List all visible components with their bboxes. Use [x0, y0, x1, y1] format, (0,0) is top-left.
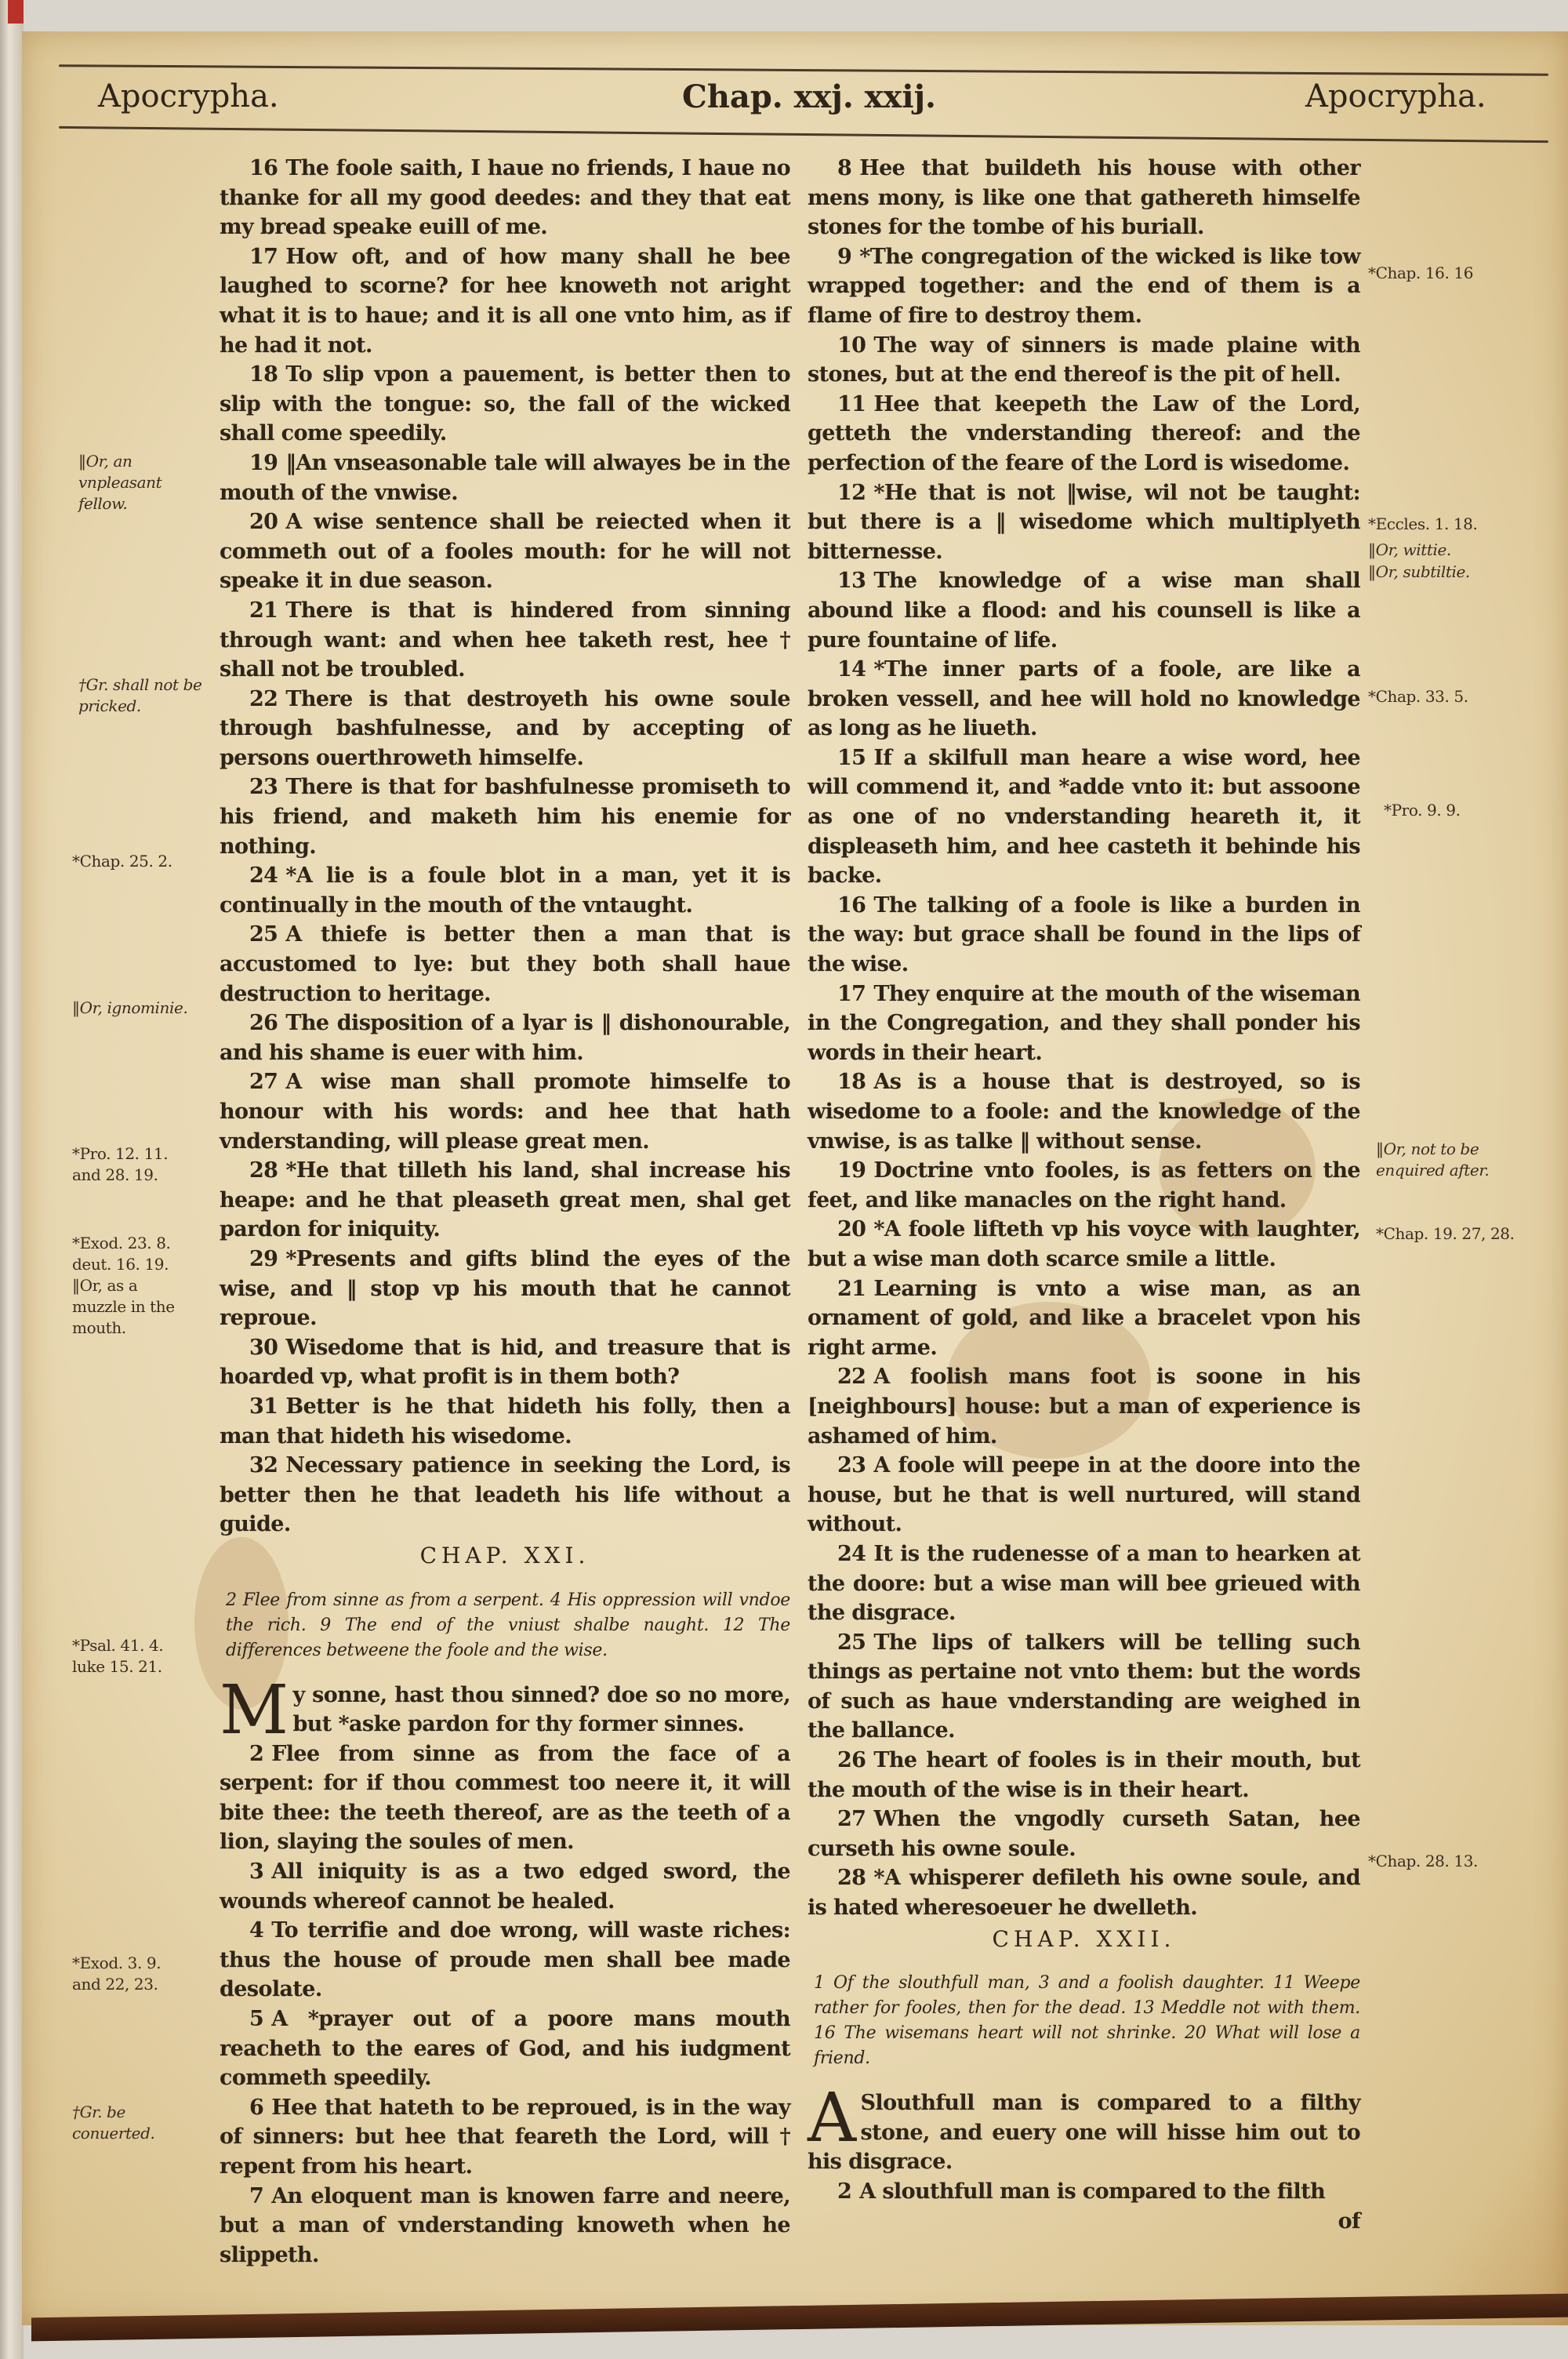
verse: 28*A whisperer defileth his owne soule, … [808, 1863, 1360, 1922]
verse: 18To slip vpon a pauement, is better the… [220, 360, 790, 449]
verse: ASlouthfull man is compared to a filthy … [808, 2088, 1360, 2177]
verse: 21There is that is hindered from sinning… [220, 596, 790, 685]
verse: 17They enquire at the mouth of the wisem… [808, 980, 1360, 1068]
catchword: of [808, 2207, 1360, 2237]
margin-note: ‖Or, subtiltie. [1368, 562, 1548, 583]
verse: 5A *prayer out of a poore mans mouth rea… [220, 2005, 790, 2093]
margin-note: ‖Or, ignominie. [72, 998, 213, 1019]
verse: 22There is that destroyeth his owne soul… [220, 685, 790, 773]
margin-note: †Gr. shall not be pricked. [78, 674, 212, 717]
verse: 16The talking of a foole is like a burde… [808, 891, 1360, 980]
verse: 17How oft, and of how many shall he bee … [220, 242, 790, 360]
verse: 29*Presents and gifts blind the eyes of … [220, 1245, 790, 1333]
verse: 12*He that is not ‖wise, wil not be taug… [808, 478, 1360, 567]
verse: 30Wisedome that is hid, and treasure tha… [220, 1333, 790, 1392]
margin-note: *Psal. 41. 4. luke 15. 21. [72, 1635, 190, 1677]
verse: 20*A foole lifteth vp his voyce with lau… [808, 1215, 1360, 1274]
verse: 32Necessary patience in seeking the Lord… [220, 1451, 790, 1539]
verse: 23There is that for bashfulnesse promise… [220, 772, 790, 861]
margin-note: ‖Or, not to be enquired after. [1376, 1139, 1533, 1181]
margin-note: *Chap. 16. 16 [1368, 263, 1548, 284]
book-binding-edge [0, 0, 24, 2359]
verse: 25A thiefe is better then a man that is … [220, 920, 790, 1009]
verse: 22A foolish mans foot is soone in his [n… [808, 1362, 1360, 1451]
verse: 27A wise man shall promote himselfe to h… [220, 1067, 790, 1156]
chapter-heading: CHAP. XXII. [808, 1925, 1360, 1954]
verse: 13The knowledge of a wise man shall abou… [808, 566, 1360, 655]
verse: 2A slouthfull man is compared to the fil… [808, 2177, 1360, 2207]
verse: 19Doctrine vnto fooles, is as fetters on… [808, 1156, 1360, 1215]
margin-note: *Chap. 28. 13. [1368, 1851, 1548, 1872]
margin-note: *Pro. 9. 9. [1384, 800, 1548, 821]
margin-note: ‖Or, wittie. [1368, 540, 1548, 561]
verse: 20A wise sentence shall be reiected when… [220, 507, 790, 596]
margin-note: †Gr. be conuerted. [72, 2102, 190, 2144]
margin-note: *Chap. 19. 27, 28. [1376, 1223, 1533, 1245]
verse: 15If a skilfull man heare a wise word, h… [808, 743, 1360, 891]
verse: 14*The inner parts of a foole, are like … [808, 655, 1360, 743]
verse: 31Better is he that hideth his folly, th… [220, 1392, 790, 1451]
verse: 27When the vngodly curseth Satan, hee cu… [808, 1805, 1360, 1863]
verse: 8Hee that buildeth his house with other … [808, 154, 1360, 242]
chapter-heading: CHAP. XXI. [220, 1541, 790, 1571]
running-head-chapter: Chap. xxj. xxij. [682, 78, 936, 115]
verse: 19‖An vnseasonable tale will alwayes be … [220, 449, 790, 507]
verse: My sonne, hast thou sinned? doe so no mo… [220, 1681, 790, 1739]
margin-note: *Eccles. 1. 18. [1368, 514, 1548, 535]
verse: 28*He that tilleth his land, shal increa… [220, 1156, 790, 1245]
running-head-left: Apocrypha. [98, 78, 279, 114]
verse: 18As is a house that is destroyed, so is… [808, 1067, 1360, 1156]
binding-ribbon [8, 0, 24, 24]
margin-note: *Exod. 3. 9. and 22, 23. [72, 1953, 190, 1995]
margin-note: *Pro. 12. 11. and 28. 19. [72, 1143, 190, 1186]
verse: 7An eloquent man is knowen farre and nee… [220, 2182, 790, 2270]
drop-cap: M [220, 1682, 288, 1739]
chapter-summary: 2 Flee from sinne as from a serpent. 4 H… [220, 1588, 790, 1663]
margin-note: *Exod. 23. 8. deut. 16. 19. ‖Or, as a mu… [72, 1233, 190, 1339]
verse: 16The foole saith, I haue no friends, I … [220, 154, 790, 242]
verse: 24*A lie is a foule blot in a man, yet i… [220, 861, 790, 920]
verse: 26The heart of fooles is in their mouth,… [808, 1746, 1360, 1805]
verse: 23A foole will peepe in at the doore int… [808, 1451, 1360, 1539]
verse: 24It is the rudenesse of a man to hearke… [808, 1539, 1360, 1628]
verse: 6Hee that hateth to be reproued, is in t… [220, 2093, 790, 2182]
verse: 21Learning is vnto a wise man, as an orn… [808, 1274, 1360, 1363]
verse: 4To terrifie and doe wrong, will waste r… [220, 1916, 790, 2005]
verse: 25The lips of talkers will be telling su… [808, 1628, 1360, 1746]
margin-note: *Chap. 25. 2. [72, 851, 213, 872]
verse: 26The disposition of a lyar is ‖ dishono… [220, 1009, 790, 1067]
drop-cap: A [808, 2090, 856, 2146]
verse: 9*The congregation of the wicked is like… [808, 242, 1360, 331]
text-column-left: 16The foole saith, I haue no friends, I … [220, 154, 790, 2270]
verse: 11Hee that keepeth the Law of the Lord, … [808, 390, 1360, 478]
verse: 3All iniquity is as a two edged sword, t… [220, 1857, 790, 1916]
running-head-right: Apocrypha. [1305, 78, 1486, 114]
verse: 2Flee from sinne as from the face of a s… [220, 1739, 790, 1857]
verse: 10The way of sinners is made plaine with… [808, 331, 1360, 390]
margin-note: ‖Or, an vnpleasant fellow. [78, 451, 212, 514]
text-column-right: 8Hee that buildeth his house with other … [808, 154, 1360, 2236]
chapter-summary: 1 Of the slouthfull man, 3 and a foolish… [808, 1971, 1360, 2071]
margin-note: *Chap. 33. 5. [1368, 686, 1548, 707]
